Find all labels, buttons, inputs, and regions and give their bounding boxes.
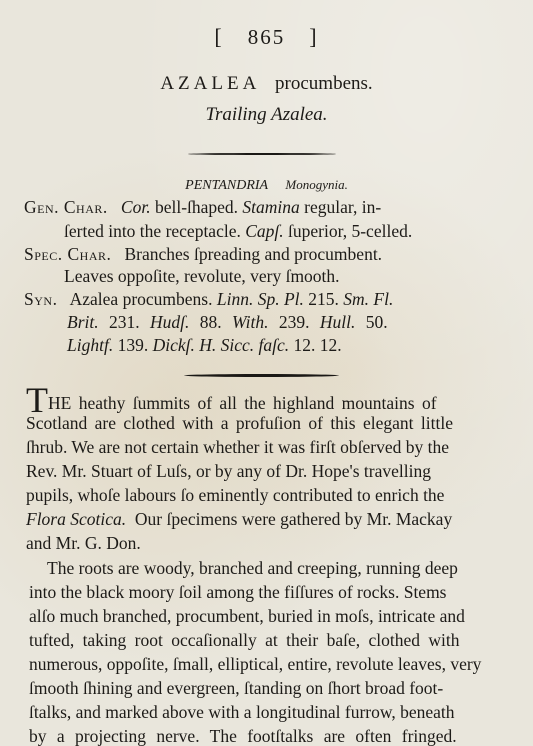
- paragraph-2-line-2: into the black moory ſoil among the fiſſ…: [29, 582, 447, 603]
- synonym-line-1: Syn. Azalea procumbens. Linn. Sp. Pl. 21…: [24, 289, 393, 310]
- flora-scotica-title: Flora Scotica.: [26, 509, 126, 529]
- gen-char-line-2: ſerted into the receptacle. Capſ. ſuperi…: [64, 221, 412, 242]
- paragraph-1-line-4: Rev. Mr. Stuart of Luſs, or by any of Dr…: [26, 461, 431, 482]
- paragraph-1-line-3: ſhrub. We are not certain whether it was…: [26, 437, 449, 458]
- divider-rule: [188, 153, 336, 155]
- paragraph-1-line-7: and Mr. G. Don.: [26, 533, 141, 554]
- gen-char-label: Gen. Char.: [24, 197, 108, 217]
- synonym-line-2: Brit. 231. Hudſ. 88. With. 239. Hull. 50…: [67, 312, 388, 333]
- spec-char-line-2: Leaves oppoſite, revolute, very ſmooth.: [64, 266, 340, 287]
- common-name: Trailing Azalea.: [0, 104, 533, 126]
- synonym-line-3: Lightf. 139. Dickſ. H. Sicc. faſc. 12. 1…: [67, 335, 342, 356]
- paragraph-2-line-8: by a projecting nerve. The footſtalks ar…: [29, 726, 457, 746]
- paragraph-2-line-5: numerous, oppoſite, ſmall, elliptical, e…: [29, 654, 481, 675]
- paragraph-2-line-7: ſtalks, and marked above with a longitud…: [29, 702, 455, 723]
- synonym-label: Syn.: [24, 289, 57, 309]
- class-name: PENTANDRIA: [185, 178, 268, 193]
- paragraph-1-line-5: pupils, whoſe labours ſo eminently contr…: [26, 485, 444, 506]
- order-name: Monogynia.: [285, 177, 347, 192]
- book-page: [865] AZALEA procumbens. Trailing Azalea…: [0, 0, 533, 746]
- paragraph-1-line-1: THE heathy ſummits of all the highland m…: [26, 385, 437, 415]
- paragraph-2-line-3: alſo much branched, procumbent, buried i…: [29, 606, 465, 627]
- paragraph-1-line-6: Flora Scotica. Our ſpecimens were gather…: [26, 509, 452, 530]
- folio-number: 865: [248, 25, 286, 49]
- bracket-close: ]: [309, 24, 318, 50]
- paragraph-2-line-4: tufted, taking root occaſionally at thei…: [29, 630, 459, 651]
- spec-char-label: Spec. Char.: [24, 244, 111, 264]
- genus-name: AZALEA: [160, 73, 260, 94]
- paragraph-2-line-6: ſmooth ſhining and evergreen, ſtanding o…: [29, 678, 443, 699]
- spec-char-line-1: Spec. Char. Branches ſpreading and procu…: [24, 244, 382, 265]
- bracket-open: [: [214, 24, 223, 50]
- paragraph-2-line-1: The roots are woody, branched and creepi…: [47, 558, 458, 579]
- species-epithet: procumbens.: [275, 73, 373, 94]
- species-title: AZALEA procumbens.: [0, 73, 533, 95]
- paragraph-1-line-2: Scotland are clothed with a profuſion of…: [26, 413, 453, 434]
- divider-rule: [184, 374, 339, 377]
- page-number: [865]: [0, 24, 533, 50]
- linnaean-classification: PENTANDRIA Monogynia.: [0, 177, 533, 194]
- gen-char-line-1: Gen. Char. Cor. bell-ſhaped. Stamina reg…: [24, 197, 381, 218]
